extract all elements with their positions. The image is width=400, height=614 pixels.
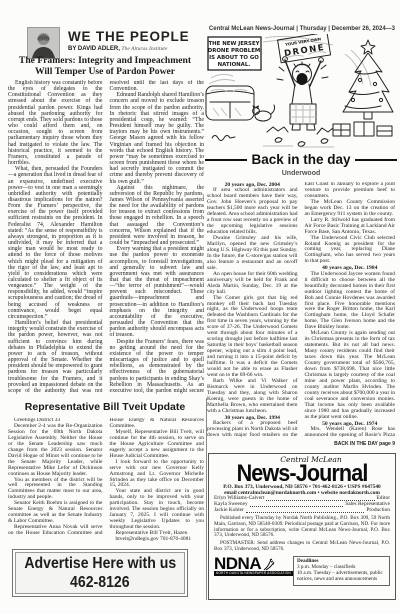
continuation-jump-line: BACK IN THE DAY page 9 <box>250 441 395 447</box>
advertise-house-ad: Advertise Here with us 462-8126 <box>12 549 188 597</box>
paragraph: Larry R. Stilwold has graduated from Air… <box>305 218 396 236</box>
speech-line-2: DRONE PROBLEM <box>208 48 261 54</box>
paragraph: Myself, Representative Bill Tveit, will … <box>110 430 205 460</box>
speech-line-4: NATIONAL. <box>218 62 251 68</box>
back-in-the-day-header: Back in the day <box>205 152 397 167</box>
boy-figure: YOUR VERY OWN DRONE <box>277 34 331 130</box>
section-title: Back in the day <box>247 152 354 167</box>
published-note: Published every Thursday by Nordak North… <box>214 516 390 539</box>
paragraph: Every warning that a president might use… <box>110 246 205 338</box>
paragraph: Senator Keith Boehm is assigned to the S… <box>8 501 103 525</box>
paragraph: Edmund Randolph shared Hamilton’s concer… <box>110 92 205 184</box>
speech-line-1: THE NEW JERSEY <box>208 41 259 47</box>
staff-row: Jackie Kohler Production <box>214 508 390 514</box>
paragraph: I look forward to the opportunity to ser… <box>110 460 205 490</box>
paragraph: If area school administrators and school… <box>207 188 298 236</box>
article-headline: The Framers: Integrity and Impeachment W… <box>6 56 204 78</box>
paragraph: btveit@ndlegis.gov 701-870-4081 <box>110 537 205 543</box>
masthead-box: Central McLean News-Journal P.O. Box 373… <box>208 453 396 600</box>
byline-author: BY DAVID ADLER, <box>68 46 120 52</box>
article-body: English history was constantly before th… <box>8 80 204 398</box>
paragraph: Your state and district are in good hand… <box>110 489 205 531</box>
ndna-name: NORTH DAKOTA NEWSPAPER ASSOCIATION <box>214 571 293 576</box>
christmas-tree-icon <box>343 40 393 119</box>
speech-bubble: THE NEW JERSEY DRONE PROBLEM IS ABOUT TO… <box>208 37 261 70</box>
cat-icon <box>253 105 275 121</box>
headline-line-2: Will Temper Use of Pardon Power <box>6 67 204 78</box>
paragraph: December 2-4 was the Re-Organization Ses… <box>8 424 103 478</box>
postmaster-note: POSTMASTER: Send address changes to Cent… <box>214 541 390 552</box>
paragraph: An open house for their 60th wedding ann… <box>207 272 298 296</box>
gift-presents-icon <box>333 122 392 136</box>
wheat-icon <box>261 557 275 571</box>
community-subtitle: Underwood <box>205 170 397 177</box>
ndna-logo: NDNA NORTH DAKOTA NEWSPAPER ASSOCIATION <box>214 556 293 576</box>
header-rule-right <box>355 159 397 161</box>
deadline-item: 10 a.m. Tuesday – advertisements, public… <box>297 571 386 583</box>
paragraph: Against this nightmare, the subversion o… <box>110 185 205 247</box>
editorial-cartoon: YOUR VERY OWN DRONE <box>205 34 397 151</box>
byline: BY DAVID ADLER, The Alturas Institute <box>68 46 167 52</box>
paragraph: McLean County is again sending out its C… <box>305 331 396 420</box>
byline-organization: The Alturas Institute <box>121 46 167 52</box>
author-portrait-icon <box>28 28 59 58</box>
paragraph: The Underwood Jaycee women found it diff… <box>305 272 396 332</box>
advertise-line-1: Advertise Here with us <box>24 554 176 573</box>
staff-name: Jackie Kohler <box>214 508 244 514</box>
column-kicker: WE THE PEOPLE <box>68 29 189 44</box>
paragraph: What, then, persuaded the Founders—a gen… <box>8 166 103 320</box>
column-rule-divider <box>206 398 207 600</box>
header-rule-left <box>205 159 247 161</box>
staff-role: Production <box>366 508 390 514</box>
tveit-update-title: Representative Bill Tveit Update <box>6 401 204 413</box>
paragraph: The Underwood Civic Club selected Roland… <box>305 236 396 266</box>
cartoonist-signature <box>212 136 235 141</box>
paragraph: The Comet girls got that big red monkey … <box>207 296 298 379</box>
dot-leader <box>250 502 344 507</box>
speech-line-3: IS ABOUT TO GO <box>209 55 259 61</box>
back-in-the-day-body: 20 years ago, Dec. 2004If area school ad… <box>207 182 395 439</box>
paragraph: Dwaine Grimsley and his wife, Marilyn, o… <box>207 236 298 272</box>
paragraph: English history was constantly before th… <box>8 80 103 166</box>
ndna-abbr: NDNA <box>214 556 261 571</box>
paragraph: Barb Wilke and Vi Walker of Bismarck wer… <box>207 379 298 415</box>
paragraph: The McLean County Commission began work … <box>305 200 396 218</box>
couch-icon <box>206 86 254 120</box>
dot-leader <box>246 508 365 513</box>
newspaper-page: Central McLean News-Journal | Thursday |… <box>0 0 400 614</box>
masthead-logo: News-Journal <box>223 463 381 484</box>
tveit-update-body: Greetings District 33December 2-4 was th… <box>8 418 204 545</box>
advertise-phone: 462-8126 <box>70 573 130 592</box>
paragraph: You as members of the district will be w… <box>8 478 103 502</box>
deadlines-box: Deadlines 3 p.m. Monday – classifieds 10… <box>293 556 390 585</box>
